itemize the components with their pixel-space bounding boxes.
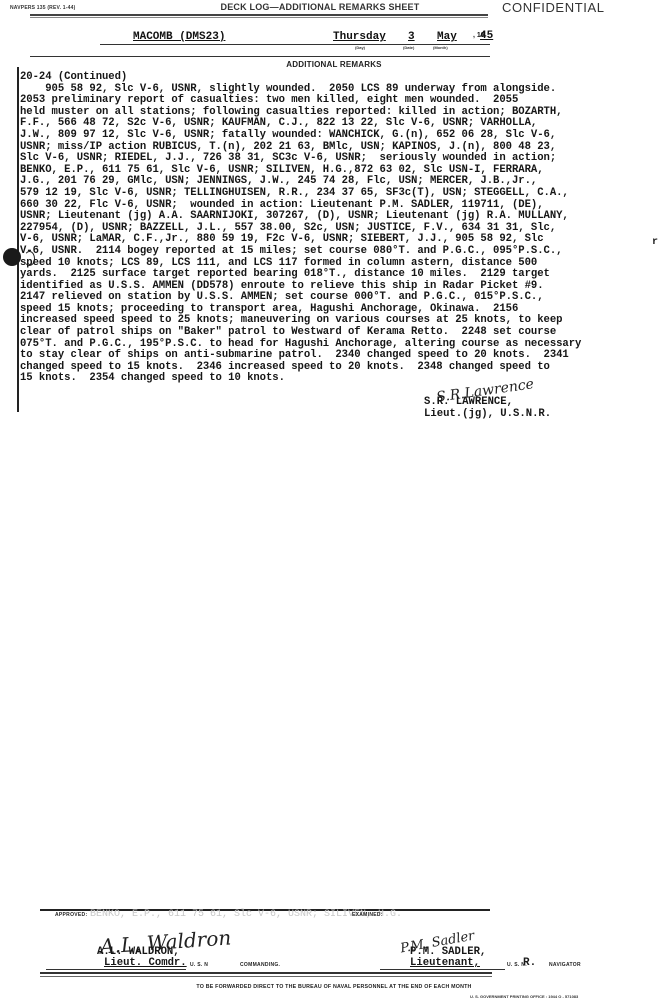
remarks-line: Slc V-6, USNR; RIEDEL, J.J., 726 38 31, … [20, 153, 668, 165]
remarks-body: 20-24 (Continued) 905 58 92, Slc V-6, US… [20, 72, 668, 385]
year-value: 45 [480, 30, 493, 42]
navigator-underline [380, 969, 505, 970]
header-rule-top [30, 14, 488, 16]
classification-stamp: CONFIDENTIAL [502, 0, 605, 15]
date-caption: (Date) [403, 45, 414, 50]
date-value: 3 [408, 31, 415, 43]
form-number: NAVPERS 135 (REV. 1-44) [10, 5, 75, 11]
navigator-rank: Lieutenant, [410, 957, 480, 969]
commanding-underline [46, 969, 186, 970]
remarks-line: yards. 2125 surface target reported bear… [20, 269, 668, 281]
remarks-line: USNR; Lieutenant (jg) A.A. SAARNIJOKI, 3… [20, 211, 668, 223]
remarks-line: clear of patrol ships on "Baker" patrol … [20, 327, 668, 339]
ship-name: MACOMB (DMS23) [133, 31, 225, 43]
day-caption: (Day) [355, 45, 365, 50]
header-rule-bottom [30, 56, 490, 57]
commanding-rank: Lieut. Comdr. [104, 957, 187, 969]
navigator-service-suffix: R. [523, 957, 536, 969]
officer-rank: Lieut.(jg), U.S.N.R. [424, 408, 551, 420]
footer-rule-thin [40, 976, 492, 977]
form-title: DECK LOG—ADDITIONAL REMARKS SHEET [200, 2, 440, 12]
remarks-line: J.W., 809 97 12, Slc V-6, USNR; fatally … [20, 130, 668, 142]
approved-label: APPROVED: [55, 912, 87, 918]
binder-hole-icon [3, 248, 21, 266]
commanding-service: U. S. N [190, 962, 208, 968]
day-value: Thursday [333, 31, 386, 43]
footer-instruction: TO BE FORWARDED DIRECT TO THE BUREAU OF … [0, 984, 668, 990]
examined-label: EXAMINED: [352, 912, 383, 918]
month-caption: (Month) [433, 45, 448, 50]
header-rule-top-thin [30, 17, 488, 18]
remarks-line: 579 12 19, Slc V-6, USNR; TELLINGHUISEN,… [20, 188, 668, 200]
officer-name: S.R. LAWRENCE, [424, 396, 513, 408]
section-title: ADDITIONAL REMARKS [0, 60, 668, 69]
month-value: May [437, 31, 457, 43]
margin-line [17, 67, 19, 412]
ship-date-underline [100, 44, 490, 45]
remarks-line: 15 knots. 2354 changed speed to 10 knots… [20, 373, 668, 385]
remarks-line: 20-24 (Continued) [20, 72, 668, 84]
remarks-line: V-6, USNR. 2114 bogey reported at 15 mil… [20, 246, 668, 258]
printing-office-note: U. S. GOVERNMENT PRINTING OFFICE : 1944 … [470, 994, 578, 999]
navigator-role: NAVIGATOR [549, 962, 581, 968]
commanding-role: COMMANDING. [240, 962, 280, 968]
footer-rule [40, 972, 492, 974]
